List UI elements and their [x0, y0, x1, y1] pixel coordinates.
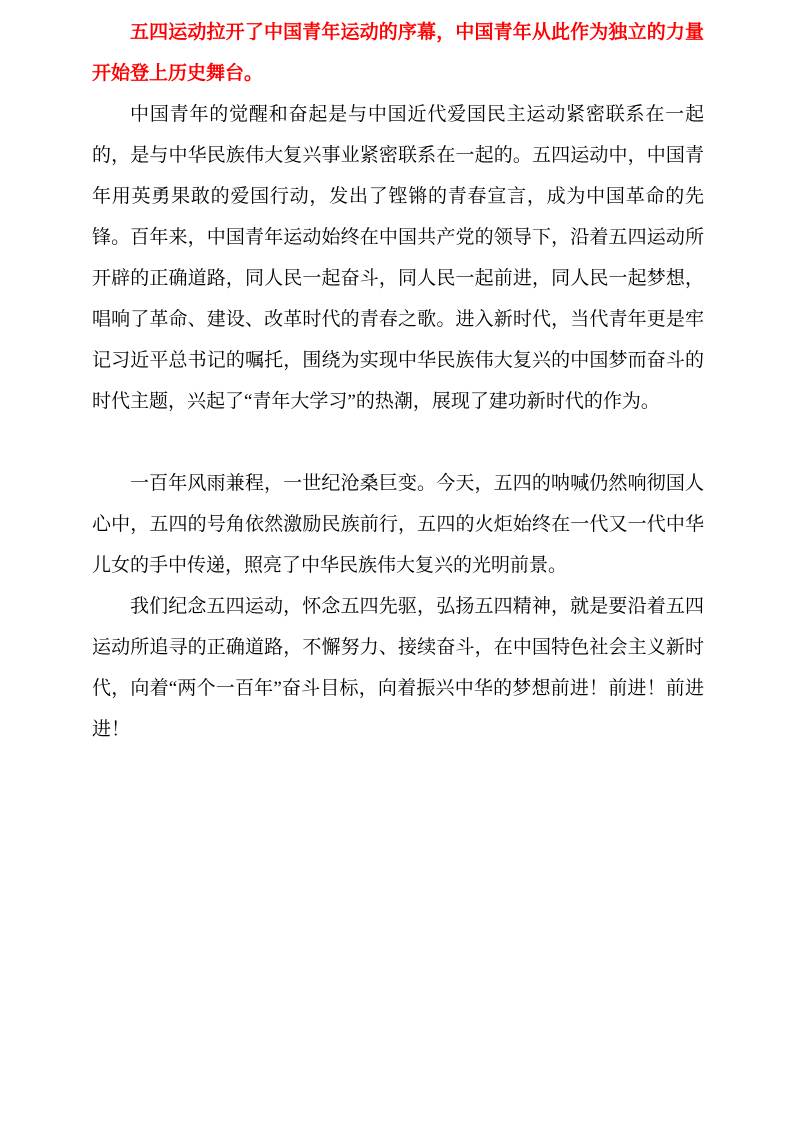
document-content: 五四运动拉开了中国青年运动的序幕，中国青年从此作为独立的力量开始登上历史舞台。 … [0, 0, 794, 750]
body-paragraph-1: 中国青年的觉醒和奋起是与中国近代爱国民主运动紧密联系在一起的，是与中华民族伟大复… [92, 94, 704, 422]
lead-paragraph: 五四运动拉开了中国青年运动的序幕，中国青年从此作为独立的力量开始登上历史舞台。 [92, 12, 704, 94]
document-page: 五四运动拉开了中国青年运动的序幕，中国青年从此作为独立的力量开始登上历史舞台。 … [0, 0, 794, 1123]
body-paragraph-3: 我们纪念五四运动，怀念五四先驱，弘扬五四精神，就是要沿着五四运动所追寻的正确道路… [92, 586, 704, 750]
body-paragraph-2: 一百年风雨兼程，一世纪沧桑巨变。今天，五四的呐喊仍然响彻国人心中，五四的号角依然… [92, 463, 704, 586]
blank-paragraph [92, 422, 704, 463]
